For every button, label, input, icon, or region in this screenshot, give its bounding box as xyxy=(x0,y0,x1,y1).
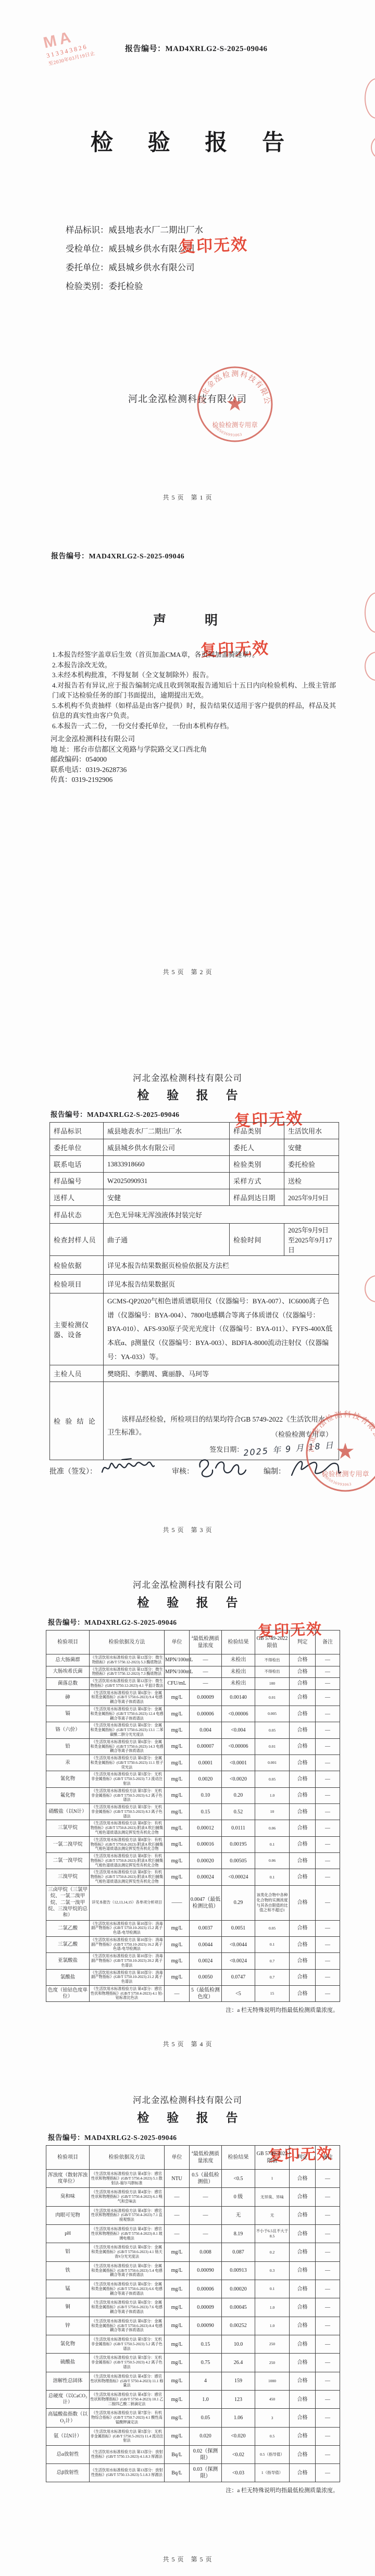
cell-item: 肉眼可见物 xyxy=(46,2206,90,2224)
cell-item: 一氯二溴甲烷 xyxy=(46,1836,90,1852)
page-3-summary: 河北金泓检测科技有限公司 检 验 报 告 报告编号：MAD4XRLG2-S-20… xyxy=(0,1030,375,1546)
cell-limit: 0.7 xyxy=(255,1969,290,1985)
cell-result: 0.00252 xyxy=(222,2317,255,2335)
cell-mdc: 0.0037 xyxy=(190,1920,222,1936)
cell-value: W2025090931 xyxy=(104,1173,230,1189)
table-row: 检验依据详见本报告结果数据页检验依据及方法栏 xyxy=(50,1256,339,1275)
table-note: 注：a 栏无特殊说明均指最低检测质量浓度。 xyxy=(46,2006,340,2014)
cell-mdc: 4 xyxy=(190,2372,222,2390)
cell-judge: 合格 xyxy=(290,2427,316,2445)
cell-remark: — xyxy=(316,1722,340,1738)
page-5-results: 河北金泓检测科技有限公司 检 验 报 告 报告编号：MAD4XRLG2-S-20… xyxy=(0,2061,375,2576)
cell-mdc: 0.15 xyxy=(190,2335,222,2354)
cell-result: 0.00140 xyxy=(222,1689,255,1706)
cell-limit: 不得检出 xyxy=(255,1666,290,1678)
cell-label: 委托单位 xyxy=(50,1139,104,1156)
cell-judge: 合格 xyxy=(290,1666,316,1678)
sample-info-block: 样品标识：威县地表水厂二期出厂水 受检单位：威县城乡供水有限公司 委托单位：威县… xyxy=(66,221,203,296)
cell-limit: 0.005 xyxy=(255,1706,290,1722)
cell-method: 《生活饮用水标准检验方法 第4部分：感官性状和物理指标》(GB/T 5750.4… xyxy=(90,1985,165,2001)
cell-result: 0.00195 xyxy=(222,1836,255,1852)
report-number-value: MAD4XRLG2-S-2025-09046 xyxy=(166,45,268,53)
col-mdc: a最低检测质量浓度 xyxy=(190,2146,222,2170)
page-2-declaration: 报告编号：MAD4XRLG2-S-2025-09046 声 明 复印无效 1.本… xyxy=(0,515,375,1030)
col-mdc: a最低检测质量浓度 xyxy=(190,1631,222,1654)
cell-item: 总硬度（以CaCO₃计） xyxy=(46,2391,90,2409)
cell-item: 氯酸盐 xyxy=(46,1969,90,1985)
cell-limit: 无 xyxy=(255,2206,290,2224)
cell-limit: 0.001 xyxy=(255,1755,290,1771)
col-remark: 备注 xyxy=(316,1631,340,1654)
cell-judge: 合格 xyxy=(290,2391,316,2409)
cell-remark: — xyxy=(316,1738,340,1754)
cell-method: 《生活饮用水标准检验方法 第6部分：金属和类金属指标》(GB/T 5750.6-… xyxy=(90,1722,165,1738)
cell-judge: 合格 xyxy=(290,1678,316,1690)
cell-result: 1.06 xyxy=(222,2409,255,2427)
result-row: 二氯乙酸 《生活饮用水标准检验方法 第10部分：消毒副产物指标》(GB/T 57… xyxy=(46,1920,340,1936)
cell-method: 《生活饮用水标准检验方法 第6部分：金属和类金属指标》(GB/T 5750.6-… xyxy=(90,1706,165,1722)
cell-mdc: 0.05 xyxy=(190,2409,222,2427)
cell-judge: 合格 xyxy=(290,1985,316,2001)
cell-result: <0.00006 xyxy=(222,1706,255,1722)
cell-item: 锌 xyxy=(46,2317,90,2335)
cell-mdc: 0.00007 xyxy=(190,1738,222,1754)
col-unit: 单位 xyxy=(165,1631,190,1654)
cell-judge: 合格 xyxy=(290,1755,316,1771)
cell-limit: 1.0 xyxy=(255,2317,290,2335)
cell-mdc: — xyxy=(190,2225,222,2243)
cell-remark: — xyxy=(316,1666,340,1678)
table-row: 样品编号W2025090931 采样方式送检 xyxy=(50,1173,339,1189)
col-result: 检验结果 xyxy=(222,2146,255,2170)
cell-result: <0.00024 xyxy=(222,1869,255,1885)
cell-result: 0.0051 xyxy=(222,1920,255,1936)
cell-remark: — xyxy=(316,2206,340,2224)
cell-mdc: 0.0044 xyxy=(190,1936,222,1952)
result-row: 锰 《生活饮用水标准检验方法 第6部分：金属和类金属指标》(GB/T 5750.… xyxy=(46,2280,340,2298)
result-row: 三氯甲烷 《生活饮用水标准检验方法 第8部分：有机物指标》(GB/T 5750.… xyxy=(46,1820,340,1836)
cell-item: 铜 xyxy=(46,2298,90,2317)
cell-item: 铁 xyxy=(46,2261,90,2280)
cell-judge: 合格 xyxy=(290,2335,316,2354)
cell-item: 镉 xyxy=(46,1706,90,1722)
cell-judge: 合格 xyxy=(290,1654,316,1666)
cell-method: 《生活饮用水标准检验方法 第8部分：有机物指标》(GB/T 5750.8-202… xyxy=(90,1836,165,1852)
cell-judge: 合格 xyxy=(290,1689,316,1706)
cell-value: 威县地表水厂二期出厂水 xyxy=(104,1123,230,1139)
declaration-item: 3.未经本机构批准，不得复制（全文复制除外）报告。 xyxy=(52,670,336,680)
edge-seal-icon xyxy=(365,78,375,119)
cell-result: 无 xyxy=(222,2206,255,2224)
client-unit-label: 委托单位： xyxy=(66,263,109,272)
results-table: 检验项目 检验依据及方法 单位 a最低检测质量浓度 检验结果 GB 5749-2… xyxy=(46,1630,340,2002)
cell-remark: — xyxy=(316,1678,340,1690)
cell-method: 《生活饮用水标准检验方法 第5部分：无机非金属指标》(GB/T 5750.5-2… xyxy=(90,1804,165,1820)
cell-unit: mg/L xyxy=(165,1969,190,1985)
cell-unit: mg/L xyxy=(165,2280,190,2298)
cell-judge: 合格 xyxy=(290,1853,316,1869)
cell-result: <0.00006 xyxy=(222,1738,255,1754)
cell-item: 高锰酸盐指数（以O₂计） xyxy=(46,2409,90,2427)
declaration-title: 声 明 xyxy=(0,610,375,629)
declaration-item: 5.本机构不负责抽样（如样品是由客户提供）时，报告结果仅适用于客户提供的样品，样… xyxy=(52,701,336,721)
cell-value: 生活饮用水 xyxy=(284,1123,339,1139)
cell-item: 总α放射性 xyxy=(46,2446,90,2464)
cell-result: 0.20 xyxy=(222,1787,255,1803)
report-number-value: MAD4XRLG2-S-2025-09046 xyxy=(84,1619,177,1626)
cell-unit: mg/L xyxy=(165,2391,190,2409)
report-number-value: MAD4XRLG2-S-2025-09046 xyxy=(87,1111,180,1118)
result-row: 总β放射性 《生活饮用水标准检验方法 第13部分：放射性指标》(GB/T 575… xyxy=(46,2464,340,2482)
cell-method: 《生活饮用水标准检验方法 第4部分：感官性状和物理指标》(GB/T 5750.4… xyxy=(90,2391,165,2409)
cell-result: 0.00045 xyxy=(222,2298,255,2317)
cell-method: 《生活饮用水标准检验方法 第8部分：有机物指标》(GB/T 5750.8-202… xyxy=(90,1869,165,1885)
cell-remark: — xyxy=(316,2225,340,2243)
company-name: 河北金泓检测科技有限公司 xyxy=(0,2093,375,2106)
cell-label: 检查封样人员 xyxy=(50,1224,104,1256)
cell-unit: mg/L xyxy=(165,1755,190,1771)
cell-judge: 合格 xyxy=(290,2372,316,2390)
results-table-body: 浑浊度（散射浑浊度单位） 《生活饮用水标准检验方法 第4部分：感官性状和物理指标… xyxy=(46,2170,340,2482)
approver-signature xyxy=(99,1457,156,1480)
cell-result: <0.0020 xyxy=(222,1771,255,1787)
col-method: 检验依据及方法 xyxy=(90,2146,165,2170)
cell-item: 氰化物 xyxy=(46,1771,90,1787)
company-round-seal: 河北金泓检测科技有限公司 ★ 检验检测专用章 1305036993063 xyxy=(195,365,274,444)
cell-value: 曲子通 xyxy=(104,1224,230,1256)
cell-remark: — xyxy=(316,1654,340,1666)
cell-unit: mg/L xyxy=(165,2317,190,2335)
cell-unit: mg/L xyxy=(165,1771,190,1787)
cell-value: 2025年9月9日 xyxy=(284,1189,339,1206)
cell-result: 0.0747 xyxy=(222,1969,255,1985)
cell-item: 二氯乙酸 xyxy=(46,1920,90,1936)
cell-method: 《生活饮用水标准检验方法 第12部分：微生物指标》(GB/T 5750.12-2… xyxy=(90,1666,165,1678)
copy-invalid-watermark: 复印无效 xyxy=(179,231,248,257)
cell-mdc: 0.0001 xyxy=(190,1755,222,1771)
cell-item: 氨（以N计） xyxy=(46,2427,90,2445)
cell-limit: 0.06 xyxy=(255,1820,290,1836)
result-row: 氰化物 《生活饮用水标准检验方法 第5部分：无机非金属指标》(GB/T 5750… xyxy=(46,1771,340,1787)
cell-result: 0.00505 xyxy=(222,1853,255,1869)
declaration-item: 2.本报告涂改无效。 xyxy=(52,660,336,670)
cell-limit: 1 xyxy=(255,2170,290,2188)
cell-result: <0.0024 xyxy=(222,1953,255,1969)
cell-item: 臭和味 xyxy=(46,2188,90,2206)
result-row: 氯酸盐 《生活饮用水标准检验方法 第10部分：消毒副产物指标》(GB/T 575… xyxy=(46,1969,340,1985)
cell-remark: — xyxy=(316,2188,340,2206)
results-table: 检验项目 检验依据及方法 单位 a最低检测质量浓度 检验结果 GB 5749-2… xyxy=(46,2145,340,2482)
cell-value: 详见本报告结果数据页检验依据及方法栏 xyxy=(104,1256,339,1275)
report-number-label: 报告编号： xyxy=(48,2134,84,2142)
cell-mdc: 0.00024 xyxy=(190,1869,222,1885)
cell-judge: 合格 xyxy=(290,1920,316,1936)
cell-result: 0.0111 xyxy=(222,1820,255,1836)
cell-mdc: 0.00009 xyxy=(190,2298,222,2317)
cell-result: <0.03 xyxy=(222,2464,255,2482)
cell-value: 送检 xyxy=(284,1173,339,1189)
cell-result: <0.020 xyxy=(222,2427,255,2445)
table-row: 检查封样人员曲子通 检验时间2025年9月9日至2025年9月17日 xyxy=(50,1224,339,1256)
cell-unit: Bq/L xyxy=(165,2446,190,2464)
cell-result: 159 xyxy=(222,2372,255,2390)
lab-fax: 传真：0319-2192906 xyxy=(51,775,207,785)
col-limit: GB 5749-2022限值 xyxy=(255,2146,290,2170)
table-row: 委托单位威县城乡供水有限公司 委托人安健 xyxy=(50,1139,339,1156)
cell-mdc: 0.0050 xyxy=(190,1969,222,1985)
result-row: 硫酸盐 《生活饮用水标准检验方法 第5部分：无机非金属指标》(GB/T 5750… xyxy=(46,2354,340,2372)
col-judge: 判定 xyxy=(290,2146,316,2170)
cell-method: 《生活饮用水标准检验方法 第6部分：金属和类金属指标》(GB/T 5750.6-… xyxy=(90,1689,165,1706)
cell-remark: — xyxy=(316,1869,340,1885)
table-row: 主要检测仪器、设备GCMS-QP2020气相色谱质谱联用仪（仪器编号：BYA-0… xyxy=(50,1293,339,1365)
cell-remark: — xyxy=(316,2464,340,2482)
result-row: 镉 《生活饮用水标准检验方法 第6部分：金属和类金属指标》(GB/T 5750.… xyxy=(46,1706,340,1722)
cell-limit: 250 xyxy=(255,2335,290,2354)
cell-limit: 0.1 xyxy=(255,1836,290,1852)
cell-judge: 合格 xyxy=(290,1869,316,1885)
cell-limit: 3 xyxy=(255,2409,290,2427)
result-row: 砷 《生活饮用水标准检验方法 第6部分：金属和类金属指标》(GB/T 5750.… xyxy=(46,1689,340,1706)
client-unit-value: 威县城乡供水有限公司 xyxy=(109,263,195,272)
cell-result: 未检出 xyxy=(222,1654,255,1666)
cell-item: 三氯甲烷 xyxy=(46,1820,90,1836)
cell-unit: mg/L xyxy=(165,1787,190,1803)
cell-judge: 合格 xyxy=(290,2170,316,2188)
cell-mdc: 5（最低检测色度） xyxy=(190,1985,222,2001)
cell-judge: 合格 xyxy=(290,2243,316,2261)
cell-mdc: 0.00090 xyxy=(190,2317,222,2335)
cell-unit: mg/L xyxy=(165,2243,190,2261)
reviewer-signature xyxy=(196,1457,248,1480)
cell-method: 《生活饮用水标准检验方法 第6部分：金属和类金属指标》(GB/T 5750.6-… xyxy=(90,2261,165,2280)
cell-mdc: 0.008 xyxy=(190,2243,222,2261)
cell-method: 《生活饮用水标准检验方法 第6部分：金属和类金属指标》(GB/T 5750.6-… xyxy=(90,2280,165,2298)
cell-label: 样品到达日期 xyxy=(230,1189,284,1206)
cell-mdc: — xyxy=(190,2188,222,2206)
cell-judge: 合格 xyxy=(290,1885,316,1920)
result-row: 铁 《生活饮用水标准检验方法 第6部分：金属和类金属指标》(GB/T 5750.… xyxy=(46,2261,340,2280)
cell-limit: 该类化合物中各种化合物的实测浓度与其各自限值的比值之和不超过1 xyxy=(255,1885,290,1920)
conclusion-label: 检 验 结 论 xyxy=(50,1382,104,1460)
cell-mdc: — xyxy=(190,1666,222,1678)
cell-label: 联系电话 xyxy=(50,1156,104,1173)
declaration-list: 1.本报告经签字盖章后生效（首页加盖CMA章，各页间加盖骑缝章）。 2.本报告涂… xyxy=(52,650,336,731)
table-row: 样品标识威县地表水厂二期出厂水 样品类别生活饮用水 xyxy=(50,1123,339,1139)
cell-remark: — xyxy=(316,2372,340,2390)
cell-result: 0.00020 xyxy=(222,2280,255,2298)
cell-unit: mg/L xyxy=(165,1853,190,1869)
cell-method: 《生活饮用水标准检验方法 第10部分：消毒副产物指标》(GB/T 5750.10… xyxy=(90,1969,165,1985)
result-row: 臭和味 《生活饮用水标准检验方法 第4部分：感官性状和物理指标》(GB/T 57… xyxy=(46,2188,340,2206)
report-number-value: MAD4XRLG2-S-2025-09046 xyxy=(89,553,185,561)
cell-item: 溶解性总固体 xyxy=(46,2372,90,2390)
report-title: 检 验 报 告 xyxy=(0,2108,375,2125)
report-number-label: 报告编号： xyxy=(125,45,166,53)
cell-unit: mg/L xyxy=(165,2372,190,2390)
cell-mdc: — xyxy=(190,1654,222,1666)
cell-mdc: 0.00006 xyxy=(190,2280,222,2298)
cell-unit: mg/L xyxy=(165,1722,190,1738)
col-method: 检验依据及方法 xyxy=(90,1631,165,1654)
cell-remark: — xyxy=(316,2298,340,2317)
result-row: 总α放射性 《生活饮用水标准检验方法 第13部分：放射性指标》(GB/T 575… xyxy=(46,2446,340,2464)
cell-item: 硝酸盐（以N计） xyxy=(46,1804,90,1820)
cell-method: 《生活饮用水标准检验方法 第6部分：金属和类金属指标》(GB/T 5750.6-… xyxy=(90,2243,165,2261)
result-row: 一氯二溴甲烷 《生活饮用水标准检验方法 第8部分：有机物指标》(GB/T 575… xyxy=(46,1836,340,1852)
col-result: 检验结果 xyxy=(222,1631,255,1654)
lab-contact-block: 河北金泓检测科技有限公司 地 址：邢台市信都区文苑路与学院路交叉口西北角 邮政编… xyxy=(51,734,207,785)
result-row: 高锰酸盐指数（以O₂计） 《生活饮用水标准检验方法 第7部分：有机物综合指标》(… xyxy=(46,2409,340,2427)
cell-label: 采样方式 xyxy=(230,1173,284,1189)
cell-mdc: — xyxy=(190,1678,222,1690)
cell-remark: — xyxy=(316,1706,340,1722)
cell-result: <0.004 xyxy=(222,1722,255,1738)
cell-unit: mg/L xyxy=(165,1936,190,1952)
cell-mdc: — xyxy=(190,2206,222,2224)
result-row: 色度（铂钴色度单位） 《生活饮用水标准检验方法 第4部分：感官性状和物理指标》(… xyxy=(46,1985,340,2001)
cell-mdc: 0.00009 xyxy=(190,1689,222,1706)
cell-limit: 0.3 xyxy=(255,2261,290,2280)
cma-accreditation-stamp: MA 313343826 至2030年03月19日止 xyxy=(42,24,96,67)
result-row: 溶解性总固体 《生活饮用水标准检验方法 第4部分：感官性状和物理指标》(GB/T… xyxy=(46,2372,340,2390)
cell-method: 《生活饮用水标准检验方法 第5部分：无机非金属指标》(GB/T 5750.5-2… xyxy=(90,1771,165,1787)
cell-method: 《生活饮用水标准检验方法 第13部分：放射性指标》(GB/T 5750.13-2… xyxy=(90,2446,165,2464)
cell-limit: 0.5（指导值） xyxy=(255,2446,290,2464)
col-mdc-label: 最低检测质量浓度 xyxy=(193,1636,219,1649)
cell-label: 样品编号 xyxy=(50,1173,104,1189)
result-row: 锌 《生活饮用水标准检验方法 第6部分：金属和类金属指标》(GB/T 5750.… xyxy=(46,2317,340,2335)
cell-item: 三卤甲烷（三氯甲烷、一氯二溴甲烷、二氯一溴甲烷、三溴甲烷的总和） xyxy=(46,1885,90,1920)
cell-item: 氯化物 xyxy=(46,2335,90,2354)
cell-limit: 0.01 xyxy=(255,1689,290,1706)
cell-unit: CFU/mL xyxy=(165,1678,190,1690)
cell-remark: — xyxy=(316,2446,340,2464)
cell-judge: 合格 xyxy=(290,1820,316,1836)
col-item: 检验项目 xyxy=(46,1631,90,1654)
cell-item: 亚氯酸盐 xyxy=(46,1953,90,1969)
cell-mdc: 0.0024 xyxy=(190,1953,222,1969)
star-icon: ★ xyxy=(226,392,244,415)
cell-judge: 合格 xyxy=(290,1787,316,1803)
inspected-unit-label: 受检单位： xyxy=(66,244,109,254)
cell-result: 0 级 xyxy=(222,2188,255,2206)
cell-unit: — xyxy=(165,1985,190,2001)
cell-limit: 不小于6.5且不大于8.5 xyxy=(255,2225,290,2243)
cell-limit: 0.06 xyxy=(255,1853,290,1869)
cell-limit: 10 xyxy=(255,1804,290,1820)
cell-mdc: 0.02（探测限） xyxy=(190,2446,222,2464)
approve-label: 批准（签发）： xyxy=(49,1466,97,1480)
page-4-results: 河北金泓检测科技有限公司 检 验 报 告 报告编号：MAD4XRLG2-S-20… xyxy=(0,1546,375,2061)
cell-label: 样品状态 xyxy=(50,1206,104,1224)
cell-label: 检验依据 xyxy=(50,1256,104,1275)
cell-method: 《生活饮用水标准检验方法 第4部分：感官性状和物理指标》(GB/T 5750.4… xyxy=(90,2170,165,2188)
result-row: 大肠埃希氏菌 《生活饮用水标准检验方法 第12部分：微生物指标》(GB/T 57… xyxy=(46,1666,340,1678)
cell-limit: 0.7 xyxy=(255,1953,290,1969)
result-row: 汞 《生活饮用水标准检验方法 第6部分：金属和类金属指标》(GB/T 5750.… xyxy=(46,1755,340,1771)
cell-method: 《生活饮用水标准检验方法 第4部分：感官性状和物理指标》(GB/T 5750.4… xyxy=(90,2206,165,2224)
company-round-seal: 河北金泓检测科技有限公司 ★ 检验检测专用章 1305036993063 xyxy=(304,1411,375,1494)
company-name: 河北金泓检测科技有限公司 xyxy=(0,1578,375,1590)
page-footer: 共 5 页 第 3 页 xyxy=(0,1525,375,1534)
lab-postcode: 邮政编码：054000 xyxy=(51,754,207,765)
cell-item: 氟化物 xyxy=(46,1787,90,1803)
cell-judge: 合格 xyxy=(290,2446,316,2464)
cell-remark: — xyxy=(316,1936,340,1952)
cell-remark: — xyxy=(316,1755,340,1771)
cell-remark: — xyxy=(316,2391,340,2409)
cell-judge: 合格 xyxy=(290,2409,316,2427)
cell-judge: 合格 xyxy=(290,1969,316,1985)
cell-mdc: 1.0 xyxy=(190,2391,222,2409)
cell-label: 送样人 xyxy=(50,1189,104,1206)
cell-judge: 合格 xyxy=(290,2206,316,2224)
result-row: 硝酸盐（以N计） 《生活饮用水标准检验方法 第5部分：无机非金属指标》(GB/T… xyxy=(46,1804,340,1820)
cell-item: 砷 xyxy=(46,1689,90,1706)
col-mdc-label: 最低检测质量浓度 xyxy=(193,2151,219,2164)
report-number: 报告编号：MAD4XRLG2-S-2025-09046 xyxy=(48,1616,177,1627)
cell-mdc: 0.00020 xyxy=(190,1853,222,1869)
cell-remark: — xyxy=(316,2280,340,2298)
results-area: 检验项目 检验依据及方法 单位 a最低检测质量浓度 检验结果 GB 5749-2… xyxy=(46,1630,340,2014)
cell-label: 检验项目 xyxy=(50,1275,104,1293)
cell-remark: — xyxy=(316,2335,340,2354)
cell-mdc: 0.00012 xyxy=(190,1820,222,1836)
cell-remark: — xyxy=(316,2409,340,2427)
report-number-value: MAD4XRLG2-S-2025-09046 xyxy=(84,2134,177,2142)
cell-unit: —— xyxy=(165,1885,190,1920)
cell-unit: Bq/L xyxy=(165,2464,190,2482)
cell-unit: mg/L xyxy=(165,1836,190,1852)
cell-unit: — xyxy=(165,2206,190,2224)
cell-method: 《生活饮用水标准检验方法 第5部分：无机非金属指标》(GB/T 5750.5-2… xyxy=(90,2354,165,2372)
cell-judge: 合格 xyxy=(290,2317,316,2335)
cell-judge: 合格 xyxy=(290,1804,316,1820)
cell-method: 《生活饮用水标准检验方法 第12部分：微生物指标》(GB/T 5750.12-2… xyxy=(90,1654,165,1666)
cell-method: 详见本报告（12,13,14,15）各单项分析项目 xyxy=(90,1885,165,1920)
cell-item: pH xyxy=(46,2225,90,2243)
cell-judge: 合格 xyxy=(290,2464,316,2482)
result-row: 铬（六价） 《生活饮用水标准检验方法 第6部分：金属和类金属指标》(GB/T 5… xyxy=(46,1722,340,1738)
cell-result: 26.4 xyxy=(222,2354,255,2372)
cell-method: 《生活饮用水标准检验方法 第10部分：消毒副产物指标》(GB/T 5750.10… xyxy=(90,1936,165,1952)
cell-item: 三溴甲烷 xyxy=(46,1869,90,1885)
cell-result: <5 xyxy=(222,1985,255,2001)
col-limit: GB 5749-2022限值 xyxy=(255,1631,290,1654)
cell-limit: 100 xyxy=(255,1678,290,1690)
header-row: 检验项目 检验依据及方法 单位 a最低检测质量浓度 检验结果 GB 5749-2… xyxy=(46,1631,340,1654)
table-row: 样品状态无色无异味无浑浊液体封装完好 xyxy=(50,1206,339,1224)
cell-remark: — xyxy=(316,2261,340,2280)
cell-result: 0.00913 xyxy=(222,2261,255,2280)
cell-item: 铬（六价） xyxy=(46,1722,90,1738)
declaration-item: 1.本报告经签字盖章后生效（首页加盖CMA章，各页间加盖骑缝章）。 xyxy=(52,650,336,660)
company-name: 河北金泓检测科技有限公司 xyxy=(0,392,375,405)
cell-unit: mg/L xyxy=(165,2335,190,2354)
report-number-label: 报告编号： xyxy=(51,553,89,561)
report-title: 检 验 报 告 xyxy=(0,1593,375,1610)
sample-id-label: 样品标识： xyxy=(66,225,109,235)
cell-result: 未检出 xyxy=(222,1666,255,1678)
cell-result: 未检出 xyxy=(222,1678,255,1690)
inspection-type-label: 检验类别： xyxy=(66,281,109,291)
cell-item: 二氯一溴甲烷 xyxy=(46,1853,90,1869)
cell-unit: mg/L xyxy=(165,1869,190,1885)
company-name: 河北金泓检测科技有限公司 xyxy=(0,1071,375,1084)
cell-label: 委托人 xyxy=(230,1139,284,1156)
cell-mdc: 0.5（最低检测值） xyxy=(190,2170,222,2188)
